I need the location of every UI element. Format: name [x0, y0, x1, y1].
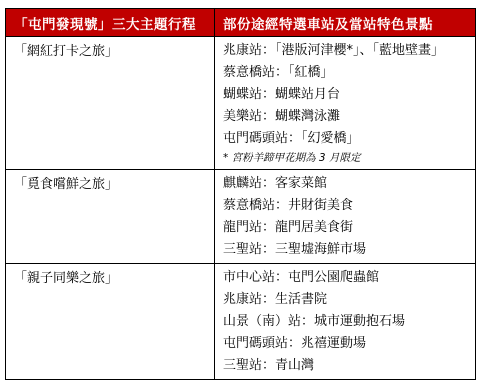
station-item: 美樂站：蝴蝶灣泳灘	[223, 106, 467, 128]
items-cell: 市中心站：屯門公園爬蟲館 兆康站：生活書院 山景（南）站：城市運動抱石場 屯門碼…	[215, 264, 476, 380]
station-item: 三聖站：三聖墟海鮮市場	[223, 239, 467, 261]
header-themes: 「屯門發現號」三大主題行程	[6, 9, 215, 37]
station-item: 兆康站：「港版河津櫻*」、「藍地壁畫」	[223, 40, 467, 62]
table-row: 「覓食嚐鮮之旅」 麒麟站：客家菜館 蔡意橋站：井財街美食 龍門站：龍門居美食街 …	[6, 170, 476, 264]
theme-cell: 「親子同樂之旅」	[6, 264, 215, 380]
station-item: 三聖站：青山灣	[223, 355, 467, 377]
station-item: 屯門碼頭站：兆禧運動場	[223, 333, 467, 355]
station-item: 兆康站：生活書院	[223, 289, 467, 311]
station-item: 蔡意橋站：「紅橋」	[223, 62, 467, 84]
itinerary-table: 「屯門發現號」三大主題行程 部份途經特選車站及當站特色景點 「網紅打卡之旅」 兆…	[5, 8, 476, 380]
table-row: 「網紅打卡之旅」 兆康站：「港版河津櫻*」、「藍地壁畫」 蔡意橋站：「紅橋」 蝴…	[6, 37, 476, 170]
station-item: 市中心站：屯門公園爬蟲館	[223, 267, 467, 289]
document-page: 「屯門發現號」三大主題行程 部份途經特選車站及當站特色景點 「網紅打卡之旅」 兆…	[0, 0, 480, 383]
theme-cell: 「覓食嚐鮮之旅」	[6, 170, 215, 264]
header-stations: 部份途經特選車站及當站特色景點	[215, 9, 476, 37]
items-cell: 麒麟站：客家菜館 蔡意橋站：井財街美食 龍門站：龍門居美食街 三聖站：三聖墟海鮮…	[215, 170, 476, 264]
station-item: 龍門站：龍門居美食街	[223, 217, 467, 239]
station-item: 山景（南）站：城市運動抱石場	[223, 311, 467, 333]
items-cell: 兆康站：「港版河津櫻*」、「藍地壁畫」 蔡意橋站：「紅橋」 蝴蝶站：蝴蝶站月台 …	[215, 37, 476, 170]
theme-cell: 「網紅打卡之旅」	[6, 37, 215, 170]
station-item: 蔡意橋站：井財街美食	[223, 195, 467, 217]
table-header-row: 「屯門發現號」三大主題行程 部份途經特選車站及當站特色景點	[6, 9, 476, 37]
station-item: 屯門碼頭站：「幻愛橋」	[223, 128, 467, 150]
station-item: 蝴蝶站：蝴蝶站月台	[223, 84, 467, 106]
station-item: 麒麟站：客家菜館	[223, 173, 467, 195]
footnote: * 宮粉羊蹄甲花期為 3 月限定	[223, 150, 467, 167]
table-row: 「親子同樂之旅」 市中心站：屯門公園爬蟲館 兆康站：生活書院 山景（南）站：城市…	[6, 264, 476, 380]
